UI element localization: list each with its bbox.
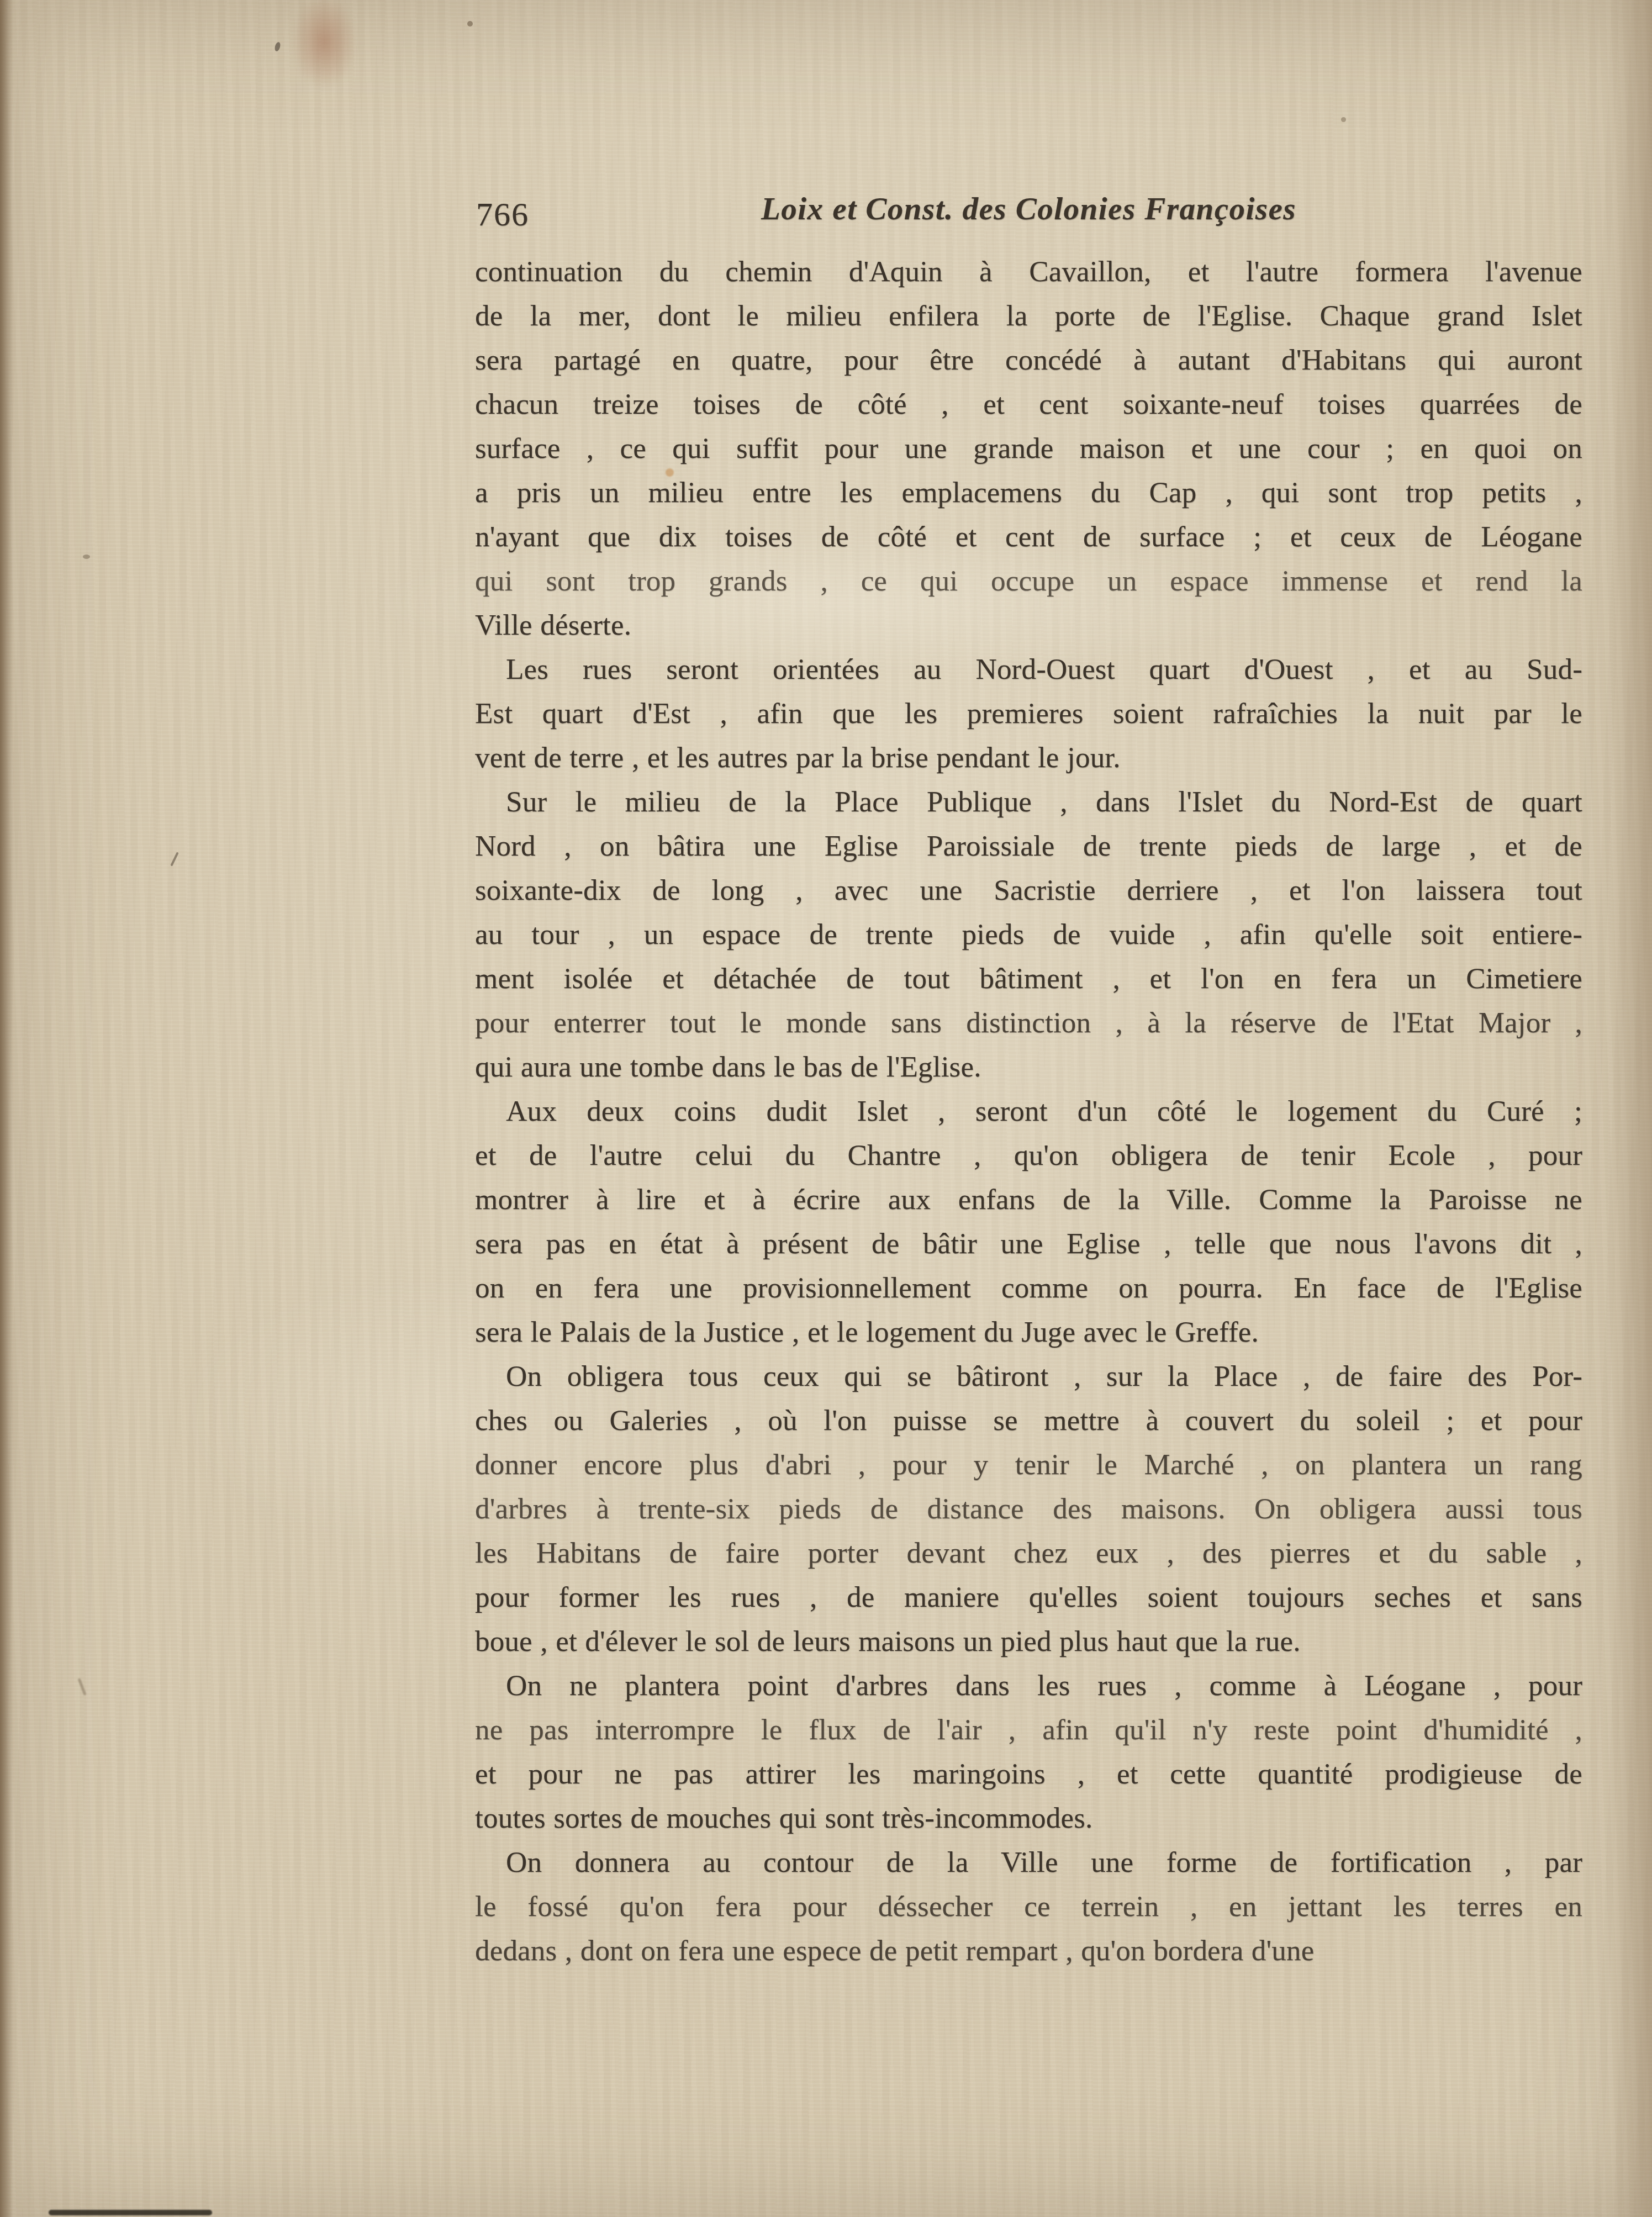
text-line: qui aura une tombe dans le bas de l'Egli… (475, 1045, 1582, 1089)
text-line: au tour , un espace de trente pieds de v… (475, 912, 1582, 957)
text-line: vent de terre , et les autres par la bri… (475, 736, 1582, 780)
text-line: continuation du chemin d'Aquin à Cavaill… (475, 250, 1582, 294)
paper-stain (0, 376, 14, 608)
page-left-edge-shadow (0, 0, 13, 2217)
paper-speck (83, 555, 90, 559)
text-line: Sur le milieu de la Place Publique , dan… (475, 780, 1582, 824)
text-line: On donnera au contour de la Ville une fo… (475, 1840, 1582, 1885)
paragraph: Sur le milieu de la Place Publique , dan… (475, 780, 1582, 1089)
text-line: dedans , dont on fera une espece de peti… (475, 1929, 1582, 1973)
text-line: les Habitans de faire porter devant chez… (475, 1531, 1582, 1575)
text-line: sera partagé en quatre, pour être concéd… (475, 338, 1582, 382)
running-title: Loix et Const. des Colonies Françoises (475, 191, 1582, 227)
text-line: Nord , on bâtira une Eglise Paroissiale … (475, 824, 1582, 868)
text-line: sera pas en état à présent de bâtir une … (475, 1222, 1582, 1266)
page-right-edge-shadow (1611, 0, 1652, 2217)
paragraph: On ne plantera point d'arbres dans les r… (475, 1664, 1582, 1840)
paper-speck (77, 1678, 86, 1696)
paper-speck (1341, 117, 1346, 122)
text-line: donner encore plus d'abri , pour y tenir… (475, 1443, 1582, 1487)
text-line: boue , et d'élever le sol de leurs maiso… (475, 1619, 1582, 1664)
scan-edge-mark (49, 2210, 212, 2215)
paragraph: continuation du chemin d'Aquin à Cavaill… (475, 250, 1582, 647)
text-line: surface , ce qui suffit pour une grande … (475, 426, 1582, 471)
text-line: Les rues seront orientées au Nord-Ouest … (475, 647, 1582, 692)
paragraph: Aux deux coins dudit Islet , seront d'un… (475, 1089, 1582, 1354)
text-line: chacun treize toises de côté , et cent s… (475, 382, 1582, 426)
text-line: On obligera tous ceux qui se bâtiront , … (475, 1354, 1582, 1398)
book-page: 766 Loix et Const. des Colonies François… (0, 0, 1652, 2217)
text-line: toutes sortes de mouches qui sont très-i… (475, 1796, 1582, 1840)
text-line: de la mer, dont le milieu enfilera la po… (475, 294, 1582, 338)
paragraph: Les rues seront orientées au Nord-Ouest … (475, 647, 1582, 780)
text-line: pour enterrer tout le monde sans distinc… (475, 1001, 1582, 1045)
text-line: a pris un milieu entre les emplacemens d… (475, 471, 1582, 515)
paper-stain (0, 94, 17, 254)
text-line: Ville déserte. (475, 603, 1582, 647)
text-line: d'arbres à trente-six pieds de distance … (475, 1487, 1582, 1531)
text-line: n'ayant que dix toises de côté et cent d… (475, 515, 1582, 559)
text-line: ne pas interrompre le flux de l'air , af… (475, 1708, 1582, 1752)
text-block: continuation du chemin d'Aquin à Cavaill… (475, 250, 1582, 1973)
text-line: ches ou Galeries , où l'on puisse se met… (475, 1398, 1582, 1443)
text-line: sera le Palais de la Justice , et le log… (475, 1310, 1582, 1354)
paper-stain (279, 0, 370, 107)
text-line: ment isolée et détachée de tout bâtiment… (475, 957, 1582, 1001)
text-line: et de l'autre celui du Chantre , qu'on o… (475, 1133, 1582, 1178)
text-line: On ne plantera point d'arbres dans les r… (475, 1664, 1582, 1708)
text-line: soixante-dix de long , avec une Sacristi… (475, 868, 1582, 912)
text-line: Aux deux coins dudit Islet , seront d'un… (475, 1089, 1582, 1133)
text-line: on en fera une provisionnellement comme … (475, 1266, 1582, 1310)
text-line: qui sont trop grands , ce qui occupe un … (475, 559, 1582, 603)
paragraph: On obligera tous ceux qui se bâtiront , … (475, 1354, 1582, 1664)
paragraph: On donnera au contour de la Ville une fo… (475, 1840, 1582, 1973)
text-line: le fossé qu'on fera pour déssecher ce te… (475, 1885, 1582, 1929)
paper-speck (170, 852, 178, 866)
text-line: Est quart d'Est , afin que les premieres… (475, 692, 1582, 736)
running-header: 766 Loix et Const. des Colonies François… (475, 191, 1582, 239)
text-line: pour former les rues , de maniere qu'ell… (475, 1575, 1582, 1619)
text-line: montrer à lire et à écrire aux enfans de… (475, 1178, 1582, 1222)
paper-speck (467, 21, 473, 27)
corner-shading (0, 1930, 287, 2217)
paper-speck (274, 41, 281, 52)
text-line: et pour ne pas attirer les maringoins , … (475, 1752, 1582, 1796)
